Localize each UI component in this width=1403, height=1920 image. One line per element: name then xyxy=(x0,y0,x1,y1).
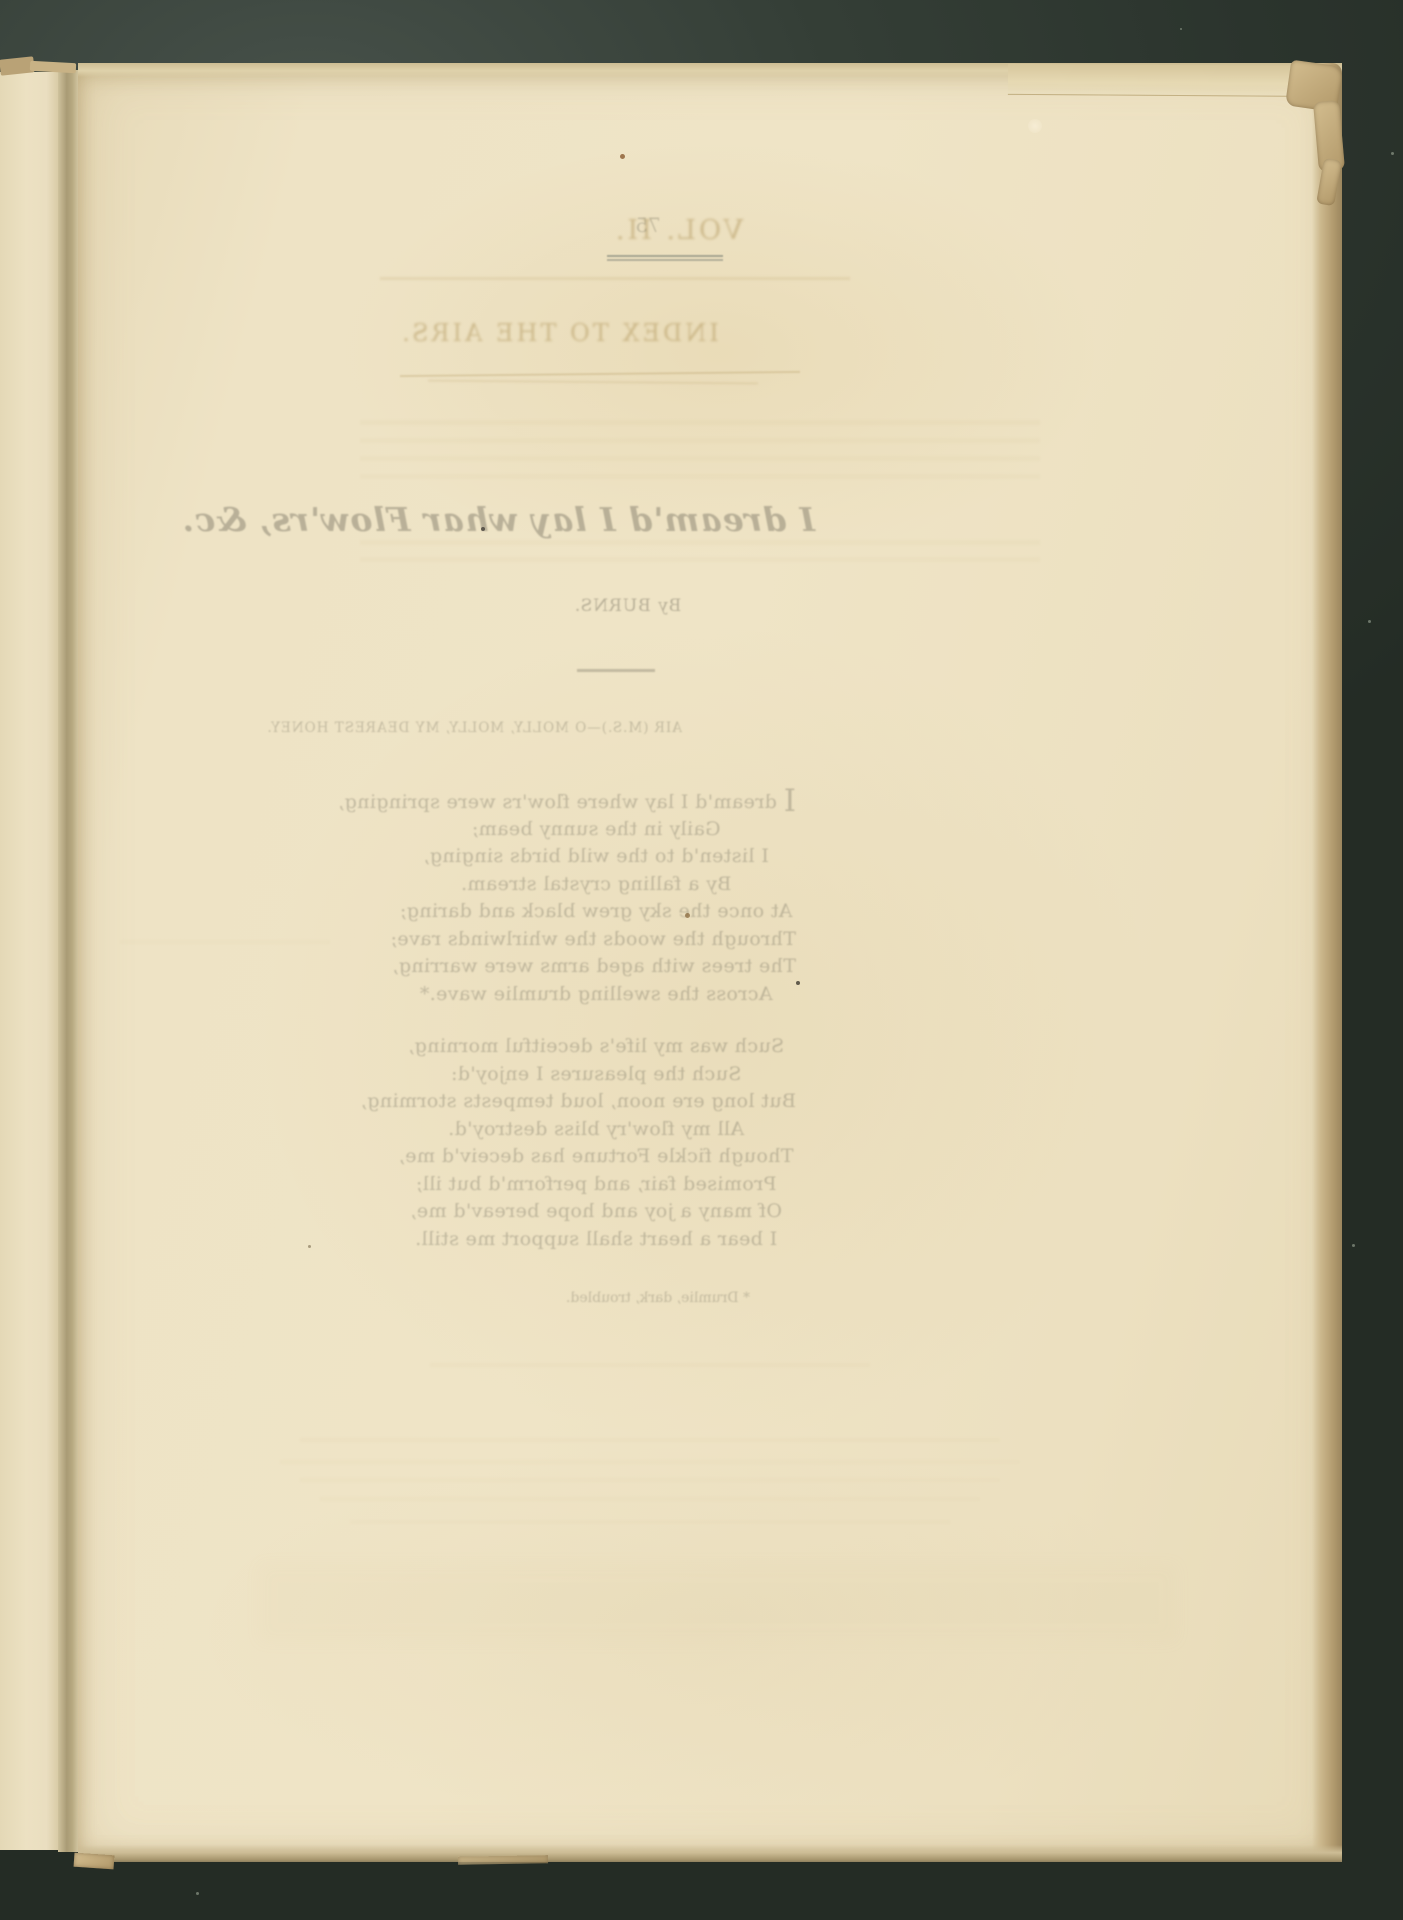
ghost-streak xyxy=(300,1478,1000,1482)
ghost-streak xyxy=(258,1563,1178,1643)
torn-edge-bit xyxy=(74,1853,115,1870)
facing-page-edge xyxy=(0,72,58,1850)
ghost-streak xyxy=(360,540,1040,545)
ghost-streak xyxy=(120,940,330,944)
ghost-drop-cap: I xyxy=(783,783,796,819)
ghost-streak xyxy=(350,1520,950,1524)
dust-speck xyxy=(1352,1244,1355,1247)
ghost-streak xyxy=(360,456,1040,461)
ghost-verse-line: I dream'd I lay where flow'rs were sprin… xyxy=(396,788,796,816)
foxing-speck xyxy=(308,1245,311,1248)
ghost-streak xyxy=(360,557,1040,562)
page-bottom-edge xyxy=(78,1845,1342,1862)
ghost-streak xyxy=(360,474,1040,479)
ghost-verse-line: At once the sky grew black and daring; xyxy=(396,898,796,926)
ghost-verse-line: Of many a joy and hope bereav'd me, xyxy=(396,1198,796,1226)
dust-speck xyxy=(1180,28,1182,30)
paper-shading xyxy=(198,1443,1198,1823)
dust-speck xyxy=(1368,620,1371,623)
ghost-verse-line: Across the swelling drumlie wave.* xyxy=(396,981,796,1009)
ghost-verse-line: The trees with aged arms were warring, xyxy=(396,953,796,981)
ghost-index-heading: INDEX TO THE AIRS. xyxy=(399,319,719,347)
ghost-verse-line: But long ere noon, loud tempests stormin… xyxy=(396,1088,796,1116)
ghost-streak xyxy=(360,420,1040,425)
paper-flaw xyxy=(1028,119,1042,133)
dust-speck xyxy=(1391,152,1394,155)
ghost-stanza-2: Such was my life's deceitful morning, Su… xyxy=(396,1033,796,1253)
ghost-verse-line: Gaily in the sunny beam; xyxy=(396,816,796,844)
ghost-verse-line: All my flow'ry bliss destroy'd. xyxy=(396,1116,796,1144)
ghost-subtitle-line xyxy=(400,371,800,377)
ghost-verse-line: Promised fair, and perform'd but ill; xyxy=(396,1171,796,1199)
fore-edge xyxy=(1312,63,1342,1862)
paper-shading xyxy=(338,143,1098,563)
ghost-verse-line: I bear a heart shall support me still. xyxy=(396,1226,796,1254)
ghost-verse-line: Though fickle Fortune has deceiv'd me, xyxy=(396,1143,796,1171)
ghost-streak xyxy=(280,1460,1020,1464)
ghost-volume-label: VOL. II. xyxy=(578,215,778,246)
ghost-rule xyxy=(380,277,850,280)
ghost-streak xyxy=(300,1438,1000,1442)
foxing-speck xyxy=(796,981,800,985)
ghost-streak xyxy=(320,1497,980,1501)
foxing-speck xyxy=(620,154,625,159)
foxing-speck xyxy=(481,527,485,531)
blank-verso-page: VOL. II. 75 INDEX TO THE AIRS. I dream'd… xyxy=(78,63,1342,1862)
ghost-double-rule xyxy=(607,255,723,257)
ghost-verse-line: Through the woods the whirlwinds rave; xyxy=(396,926,796,954)
ghost-streak xyxy=(430,1363,870,1367)
ghost-verse-line: Such the pleasures I enjoy'd: xyxy=(396,1061,796,1089)
ghost-verse-line: I listen'd to the wild birds singing, xyxy=(396,843,796,871)
ghost-short-rule xyxy=(577,669,655,672)
ghost-page-number: 75 xyxy=(623,213,673,237)
gutter-crease xyxy=(58,70,80,1852)
ghost-streak xyxy=(360,438,1040,443)
book-scan: VOL. II. 75 INDEX TO THE AIRS. I dream'd… xyxy=(0,0,1403,1920)
ghost-verse-line: Such was my life's deceitful morning, xyxy=(396,1033,796,1061)
dust-speck xyxy=(196,1892,199,1895)
ghost-double-rule xyxy=(607,259,723,261)
ghost-verse-line: By a falling crystal stream. xyxy=(396,871,796,899)
ghost-air-line: AIR (M.S.)—O MOLLY, MOLLY, MY DEAREST HO… xyxy=(352,720,682,736)
ghost-footnote: * Drumlie, dark, troubled. xyxy=(558,1290,758,1306)
ghost-subtitle-line xyxy=(428,380,758,385)
ghost-song-title: I dream'd I lay whar Flow'rs, &c. xyxy=(390,500,815,539)
ghost-byline: By BURNS. xyxy=(565,596,690,616)
ghost-stanza-1: I dream'd I lay where flow'rs were sprin… xyxy=(396,788,796,1008)
torn-edge-bit xyxy=(458,1855,548,1865)
